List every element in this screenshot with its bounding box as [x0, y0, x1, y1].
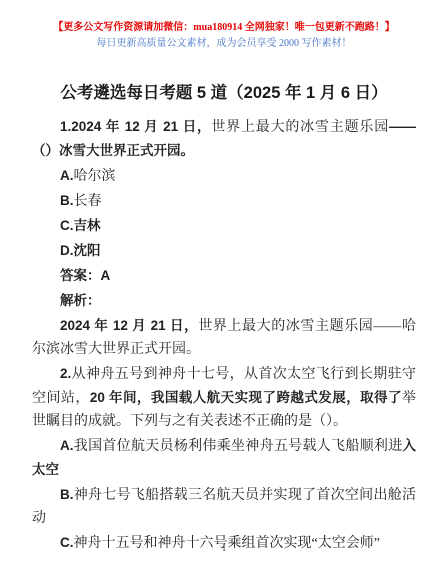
text-segment: 解析： [60, 293, 101, 308]
q2-option-b: B.神舟七号飞船搭载三名航天员并实现了首次空间出舱活动 [32, 483, 416, 530]
header-ad-line1: 【更多公文写作资源请加微信：mua180914 全网独家！唯一包更新不跑路！】 [0, 21, 448, 34]
document-page: 【更多公文写作资源请加微信：mua180914 全网独家！唯一包更新不跑路！】 … [0, 0, 448, 580]
q1-option-c: C.吉林 [32, 214, 416, 238]
question-2: 2.从神舟五号到神舟十七号，从首次太空飞行到长期驻守空间站，20 年间，我国载人… [32, 362, 416, 433]
text-segment: 2024 年 12 月 21 日， [60, 318, 198, 333]
text-segment: 答案：A [60, 268, 110, 283]
q1-option-b: B.长春 [32, 189, 416, 213]
q1-option-d: D.沈阳 [32, 239, 416, 263]
text-segment: 世界上最大的冰雪主题乐园 [211, 120, 389, 135]
q2-option-a: A.我国首位航天员杨利伟乘坐神舟五号载人飞船顺利进入太空 [32, 434, 416, 482]
text-segment: D.沈阳 [60, 243, 101, 258]
q1-option-a: A.哈尔滨 [32, 164, 416, 188]
page-number: 1 [0, 543, 448, 554]
text-segment: 长春 [74, 194, 102, 209]
text-segment: 神舟七号飞船搭载三名航天员并实现了首次空间出舱活动 [32, 488, 416, 526]
header-ad: 【更多公文写作资源请加微信：mua180914 全网独家！唯一包更新不跑路！】 … [0, 0, 448, 50]
q1-answer: 答案：A [32, 264, 416, 288]
text-segment: 1.2024 年 12 月 21 日， [60, 119, 211, 134]
text-segment: 2. [60, 366, 71, 381]
text-segment: B. [60, 193, 74, 208]
document-body: 1.2024 年 12 月 21 日，世界上最大的冰雪主题乐园——（）冰雪大世界… [32, 115, 416, 555]
text-segment: C.吉林 [60, 218, 101, 233]
question-1: 1.2024 年 12 月 21 日，世界上最大的冰雪主题乐园——（）冰雪大世界… [32, 115, 416, 163]
q1-analysis-label: 解析： [32, 289, 416, 313]
text-segment: 我国首位航天员杨利伟乘坐神舟五号载人飞船顺利进 [74, 439, 403, 454]
header-ad-line2: 每日更新高质量公文素材，成为会员享受 2000 写作素材！ [0, 37, 448, 50]
text-segment: A. [60, 168, 74, 183]
text-segment: 20 年间，我国载人航天实现了跨越式发展，取得了 [90, 390, 402, 405]
text-segment: 哈尔滨 [74, 169, 116, 184]
q1-analysis: 2024 年 12 月 21 日，世界上最大的冰雪主题乐园——哈尔滨冰雪大世界正… [32, 314, 416, 361]
text-segment: B. [60, 487, 74, 502]
page-title: 公考遴选每日考题 5 道（2025 年 1 月 6 日） [0, 83, 448, 104]
text-segment: A. [60, 438, 74, 453]
